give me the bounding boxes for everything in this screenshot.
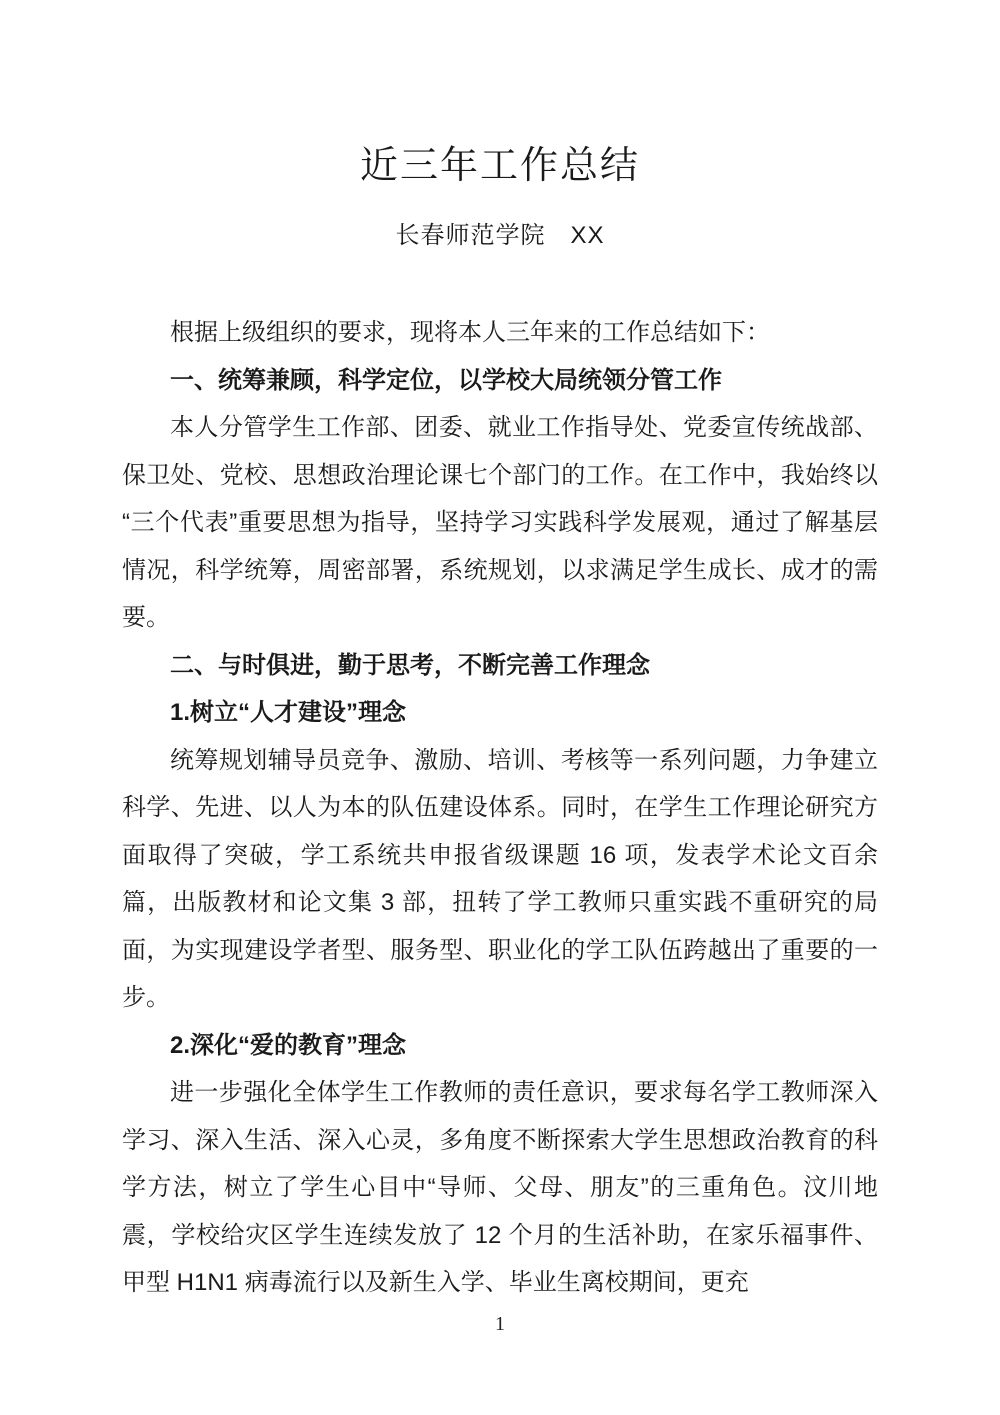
page-number: 1	[0, 1312, 1000, 1336]
document-title: 近三年工作总结	[122, 145, 878, 187]
subsection-heading-2-2: 2.深化“爱的教育”理念	[122, 1022, 878, 1070]
section-heading-1: 一、统筹兼顾，科学定位，以学校大局统领分管工作	[122, 357, 878, 405]
document-subtitle: 长春师范学院 XX	[122, 223, 878, 249]
document-body: 根据上级组织的要求，现将本人三年来的工作总结如下： 一、统筹兼顾，科学定位，以学…	[122, 309, 878, 1307]
section-heading-2: 二、与时俱进，勤于思考，不断完善工作理念	[122, 642, 878, 690]
section-1-paragraph: 本人分管学生工作部、团委、就业工作指导处、党委宣传统战部、保卫处、党校、思想政治…	[122, 404, 878, 642]
subsection-2-1-paragraph: 统筹规划辅导员竞争、激励、培训、考核等一系列问题，力争建立科学、先进、以人为本的…	[122, 737, 878, 1022]
subsection-heading-2-1: 1.树立“人才建设”理念	[122, 689, 878, 737]
subsection-2-2-paragraph: 进一步强化全体学生工作教师的责任意识，要求每名学工教师深入学习、深入生活、深入心…	[122, 1069, 878, 1307]
document-page: 近三年工作总结 长春师范学院 XX 根据上级组织的要求，现将本人三年来的工作总结…	[0, 0, 1000, 1415]
intro-paragraph: 根据上级组织的要求，现将本人三年来的工作总结如下：	[122, 309, 878, 357]
